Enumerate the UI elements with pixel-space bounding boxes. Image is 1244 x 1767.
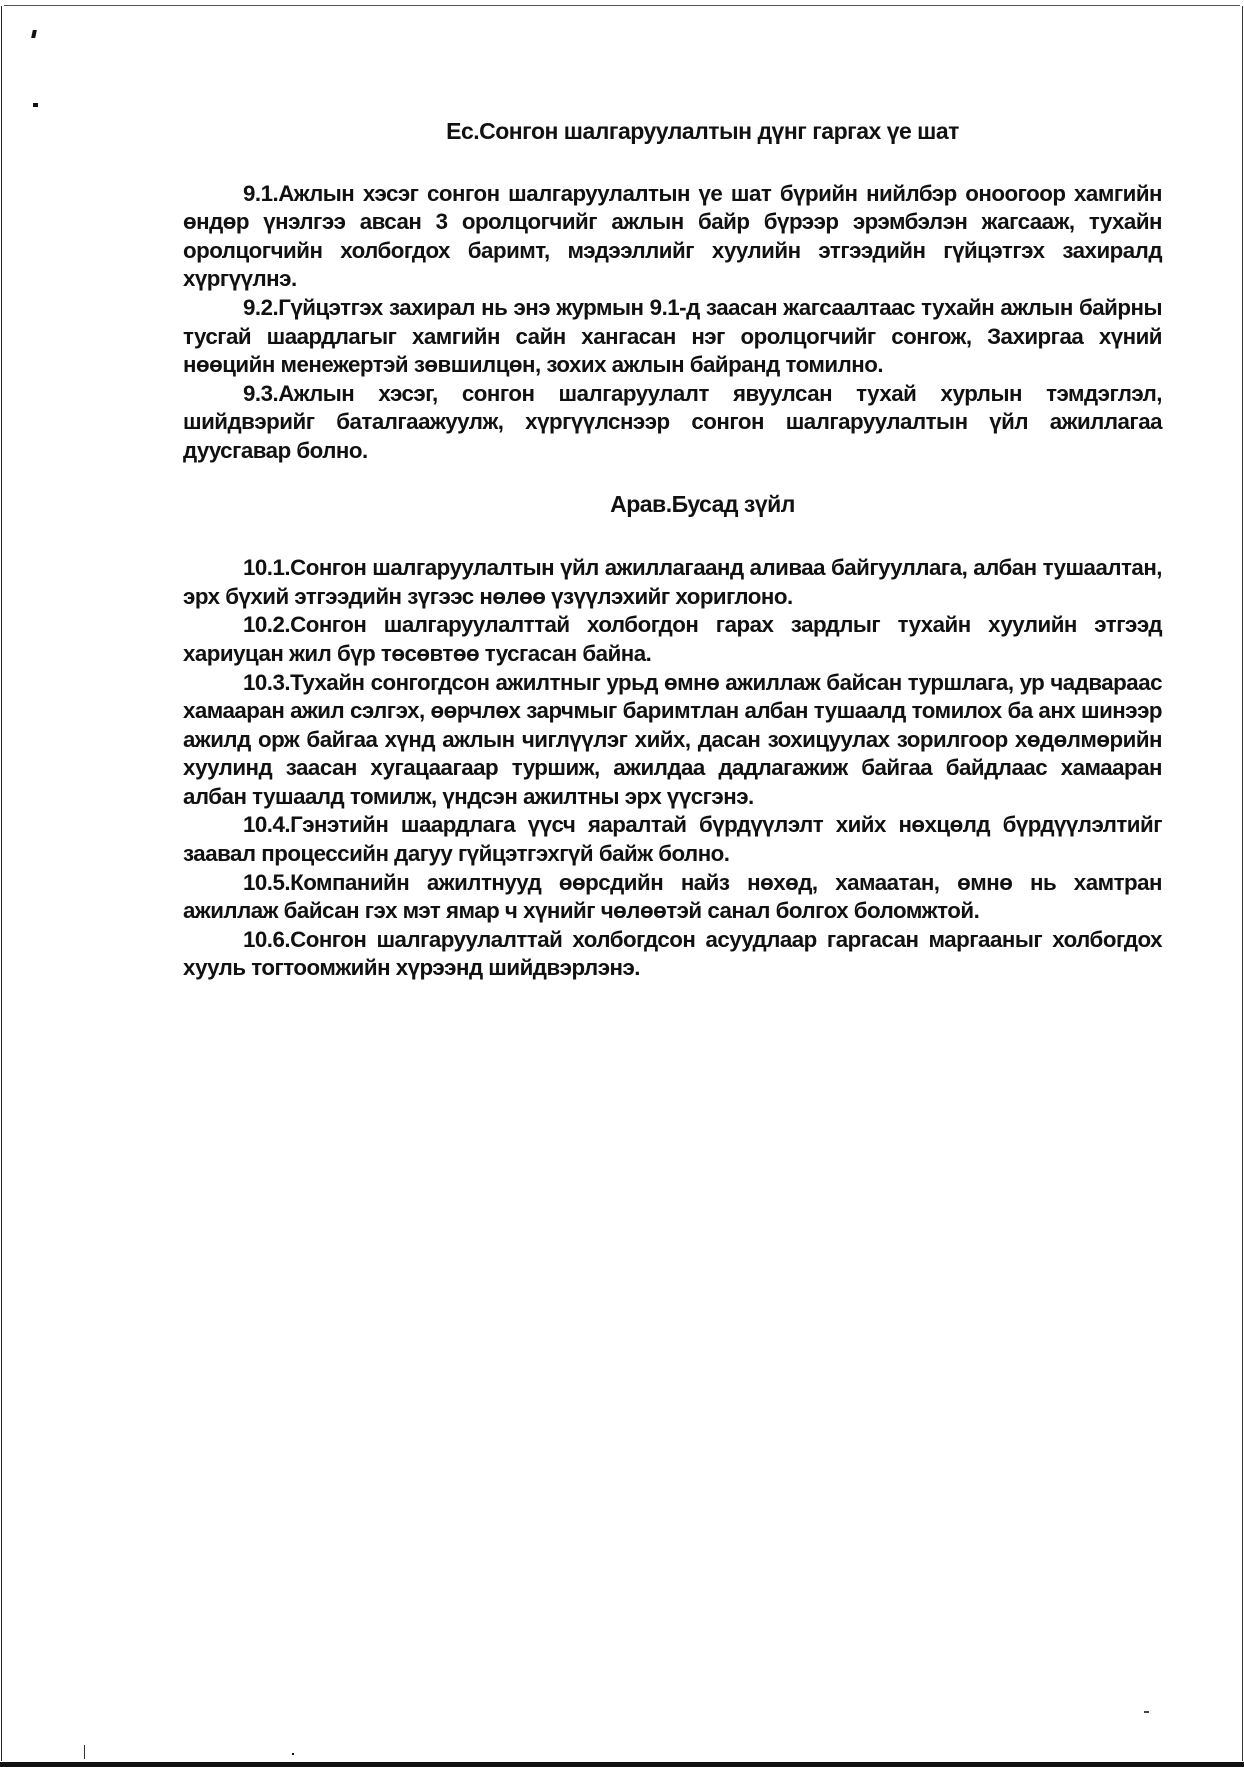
paragraph-10-4: 10.4.Гэнэтийн шаардлага үүсч яаралтай бү… — [183, 811, 1162, 868]
scan-artifact — [1144, 1711, 1149, 1713]
paragraph-10-3: 10.3.Тухайн сонгогдсон ажилтныг урьд өмн… — [183, 669, 1162, 812]
page-border-bottom — [0, 1762, 1244, 1767]
paragraph-10-1: 10.1.Сонгон шалгаруулалтын үйл ажиллагаа… — [183, 554, 1162, 611]
scan-artifact — [33, 103, 38, 107]
scanned-page: Ес.Сонгон шалгаруулалтын дүнг гаргах үе … — [0, 0, 1244, 1767]
paragraph-10-5: 10.5.Компанийн ажилтнууд өөрсдийн найз н… — [183, 869, 1162, 926]
scan-artifact — [84, 1745, 85, 1759]
paragraph-10-6: 10.6.Сонгон шалгаруулалттай холбогдсон а… — [183, 926, 1162, 983]
scan-artifact — [31, 30, 37, 38]
paragraph-10-2: 10.2.Сонгон шалгаруулалттай холбогдон га… — [183, 611, 1162, 668]
page-border-right — [1242, 6, 1243, 1761]
section-heading-10: Арав.Бусад зүйл — [183, 490, 1162, 519]
section-heading-9: Ес.Сонгон шалгаруулалтын дүнг гаргах үе … — [183, 117, 1162, 146]
document-body: Ес.Сонгон шалгаруулалтын дүнг гаргах үе … — [183, 117, 1162, 983]
paragraph-9-1: 9.1.Ажлын хэсэг сонгон шалгаруулалтын үе… — [183, 180, 1162, 294]
page-border-left — [1, 6, 2, 1761]
paragraph-9-3: 9.3.Ажлын хэсэг, сонгон шалгаруулалт яву… — [183, 380, 1162, 466]
page-border-top — [4, 5, 1240, 6]
paragraph-9-2: 9.2.Гүйцэтгэх захирал нь энэ журмын 9.1-… — [183, 294, 1162, 380]
scan-artifact — [292, 1753, 294, 1755]
